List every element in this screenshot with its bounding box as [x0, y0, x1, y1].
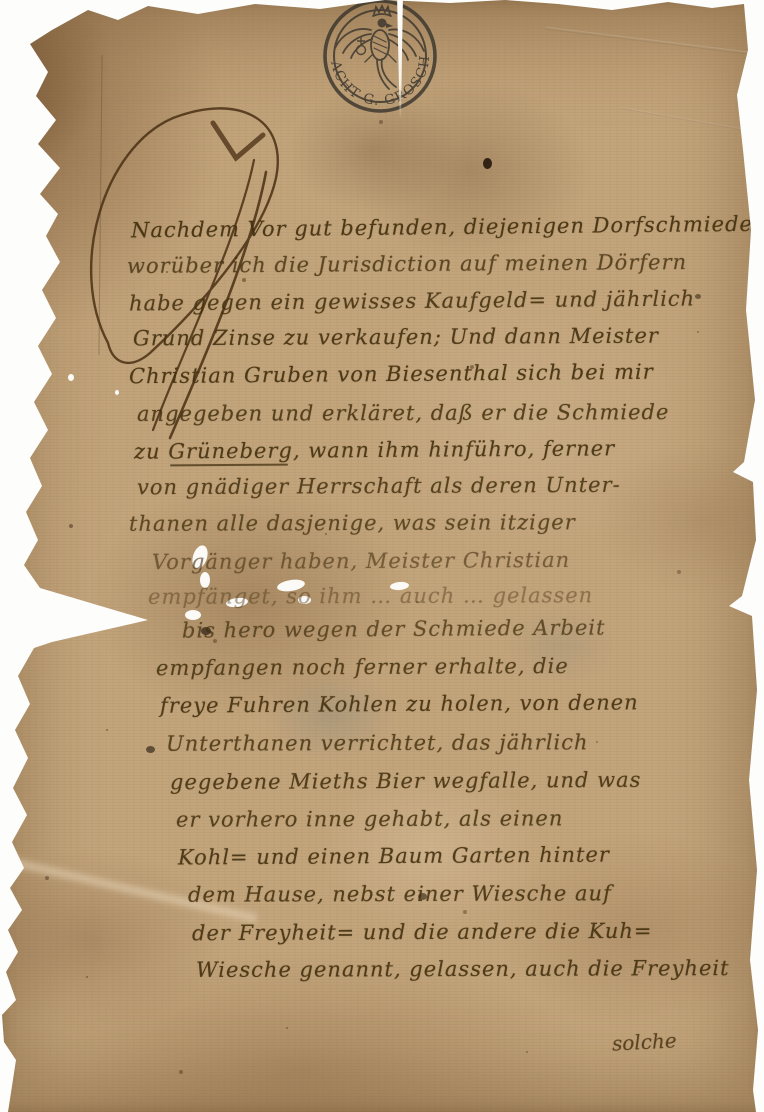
underline-mark — [170, 464, 288, 467]
manuscript-line: Christian Gruben von Biesenthal sich bei… — [129, 360, 654, 389]
manuscript-line: Nachdem Vor gut befunden, diejenigen Dor… — [131, 212, 764, 243]
manuscript-line: Grund Zinse zu verkaufen; Und dann Meist… — [133, 324, 659, 351]
manuscript-line: empfangen noch ferner erhalte, die — [156, 654, 569, 680]
manuscript-line: freye Fuhren Kohlen zu holen, von denen — [160, 690, 639, 717]
manuscript-line: Wiesche genannt, gelassen, auch die Frey… — [196, 956, 730, 982]
manuscript-line: zu Grüneberg, wann ihm hinführo, ferner — [134, 436, 615, 463]
scanned-document: ACHT G. GROSCHEN Nachdem Vor gut befunde… — [0, 0, 764, 1112]
manuscript-line: gegebene Mieths Bier wegfalle, und was — [170, 768, 642, 794]
manuscript-line: habe gegen ein gewisses Kaufgeld= und jä… — [129, 287, 695, 316]
manuscript-line: bis hero wegen der Schmiede Arbeit — [182, 616, 606, 643]
manuscript-line: Kohl= und einen Baum Garten hinter — [178, 842, 610, 869]
manuscript-line: angegeben und erkläret, daß er die Schmi… — [137, 400, 669, 426]
manuscript-line: empfänget, so ihm … auch … gelassen — [148, 583, 593, 609]
manuscript-line: Vorgänger haben, Meister Christian — [152, 548, 570, 574]
catchword: solche — [611, 1028, 677, 1055]
manuscript-line: von gnädiger Herrschaft als deren Unter- — [137, 473, 621, 500]
paper-sheet: ACHT G. GROSCHEN Nachdem Vor gut befunde… — [0, 0, 764, 1112]
manuscript-line: der Freyheit= und die andere die Kuh= — [192, 919, 653, 945]
manuscript-line: thanen alle dasjenige, was sein itziger — [129, 510, 576, 536]
manuscript-text-block: Nachdem Vor gut befunden, diejenigen Dor… — [0, 0, 764, 1112]
manuscript-line: worüber ich die Jurisdiction auf meinen … — [127, 250, 687, 278]
manuscript-line: dem Hause, nebst einer Wiesche auf — [188, 881, 612, 906]
manuscript-line: Unterthanen verrichtet, das jährlich — [166, 730, 589, 755]
manuscript-line: er vorhero inne gehabt, als einen — [176, 806, 563, 831]
